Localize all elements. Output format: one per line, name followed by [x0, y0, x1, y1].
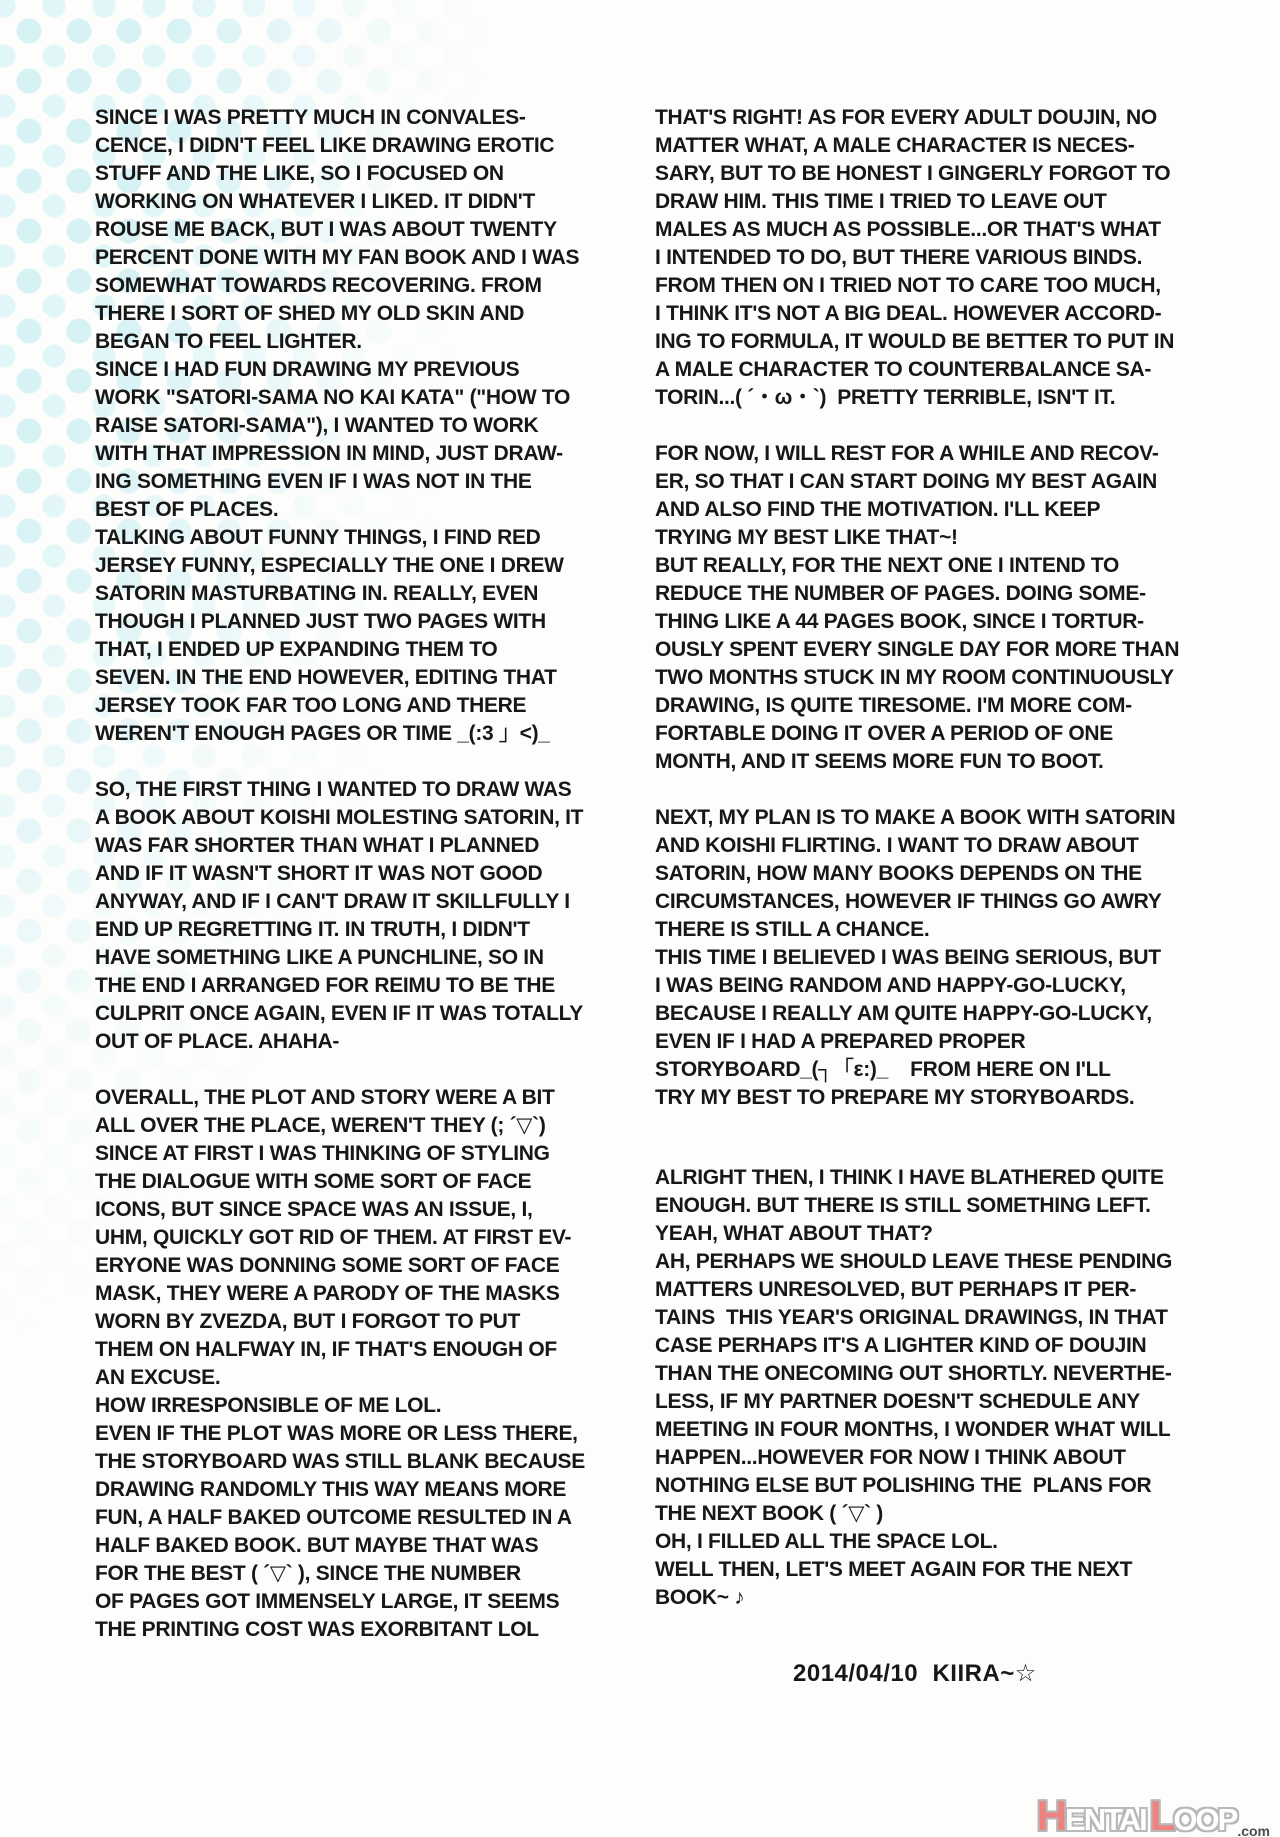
watermark-logo: H ENTAI L OOP .com: [1037, 1795, 1270, 1837]
paragraph: SO, THE FIRST THING I WANTED TO DRAW WAS…: [95, 776, 640, 1056]
watermark-letters-oop: OOP: [1173, 1804, 1236, 1837]
paragraph: NEXT, MY PLAN IS TO MAKE A BOOK WITH SAT…: [655, 804, 1200, 1112]
watermark-letters-entai: ENTAI: [1065, 1804, 1146, 1837]
watermark-letter-h: H: [1037, 1795, 1065, 1837]
scanned-afterword-page: SINCE I WAS PRETTY MUCH IN CONVALES- CEN…: [0, 0, 1280, 1837]
paragraph: FOR NOW, I WILL REST FOR A WHILE AND REC…: [655, 440, 1200, 776]
watermark-dotcom-label: .com: [1237, 1824, 1270, 1837]
signature-date: 2014/04/10 KIIRA~☆: [793, 1660, 1200, 1688]
watermark-letter-l: L: [1150, 1795, 1174, 1837]
paragraph: OVERALL, THE PLOT AND STORY WERE A BIT A…: [95, 1084, 640, 1644]
paragraph: THAT'S RIGHT! AS FOR EVERY ADULT DOUJIN,…: [655, 104, 1200, 412]
right-column: THAT'S RIGHT! AS FOR EVERY ADULT DOUJIN,…: [655, 104, 1200, 1688]
left-column: SINCE I WAS PRETTY MUCH IN CONVALES- CEN…: [95, 104, 640, 1644]
paragraph: SINCE I WAS PRETTY MUCH IN CONVALES- CEN…: [95, 104, 640, 748]
paragraph: ALRIGHT THEN, I THINK I HAVE BLATHERED Q…: [655, 1164, 1200, 1612]
